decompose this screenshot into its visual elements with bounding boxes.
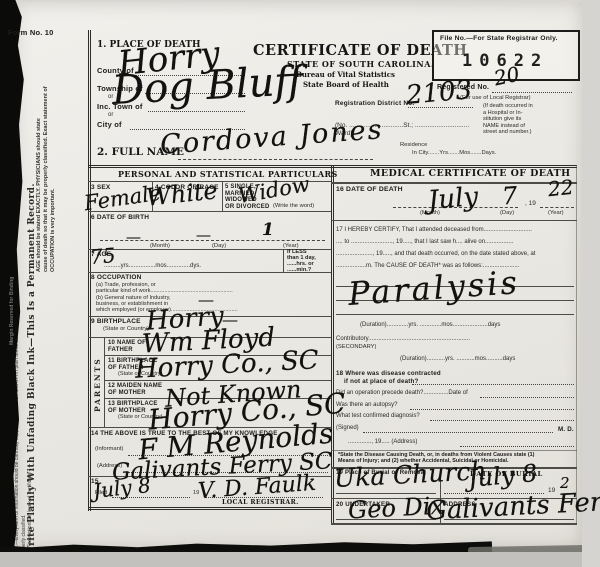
duration-line-2: (Duration)...........yrs. ...........mos… <box>400 356 515 364</box>
signed-blank <box>363 432 553 433</box>
margin-age-note: AGE should be stated EXACTLY. PHYSICIANS… <box>36 80 57 272</box>
form-number: Form No. 10 <box>8 28 54 37</box>
parents-vertical-label: PARENTS <box>93 357 102 412</box>
contributory-label: Contributory............................… <box>336 336 470 344</box>
q18-blank <box>412 384 574 385</box>
hw-age-years: 75 <box>89 245 116 267</box>
secondary-label: (SECONDARY) <box>336 344 376 352</box>
signed-label: (Signed) <box>336 425 359 433</box>
margin-binding-note: Margin Reserved for Binding <box>9 277 15 345</box>
dod-19-label: , 19 <box>525 200 536 208</box>
certify-line-1: 17 I HEREBY CERTIFY, That I attended dec… <box>336 227 532 235</box>
father-name-label: 10 NAME OF FATHER <box>108 340 146 353</box>
hw-burial-place: Uka Church <box>333 458 487 491</box>
residence-line: In City.......Yrs.......Mos.......Days. <box>412 150 496 158</box>
operation-date-blank <box>480 397 574 398</box>
hw-registered-no: 20 <box>492 64 521 89</box>
hw-death-day: 7 <box>501 183 518 208</box>
hw-dob-year: 1 <box>262 222 274 239</box>
city-label: City of <box>97 120 122 129</box>
bureau-subtitle: Bureau of Vital Statistics <box>296 70 395 79</box>
registration-district-label: Registration District No. <box>335 100 414 108</box>
test-blank <box>430 420 574 421</box>
age-less-note: If LESS than 1 day, ......hrs. or ......… <box>287 250 316 274</box>
test-question: What test confirmed diagnosis? <box>336 413 420 421</box>
informant-label: (Informant) <box>95 446 123 454</box>
file-box-label: File No.—For State Registrar Only. <box>440 35 558 43</box>
date-of-birth-label: 6 DATE OF BIRTH <box>91 214 149 222</box>
hospital-note: (If death occurred in a Hospital or In- … <box>483 103 533 136</box>
scan-bottom-margin <box>0 552 600 567</box>
signed-address-blank <box>460 446 574 447</box>
occupation-label: 8 OCCUPATION <box>91 274 142 282</box>
cause-rule-3 <box>336 314 574 315</box>
state-subtitle: STATE OF SOUTH CAROLINA. <box>287 59 434 69</box>
medical-section-title: MEDICAL CERTIFICATE OF DEATH <box>370 168 571 179</box>
board-subtitle: State Board of Health <box>303 80 389 89</box>
age-units-line: ..........yrs................mos........… <box>104 263 201 271</box>
date-of-death-label: 16 DATE OF DEATH <box>336 186 403 194</box>
hw-dob-month-dash: — <box>126 230 141 245</box>
dod-day-label: (Day) <box>500 210 514 218</box>
q18-line-1: 18 Where was disease contracted <box>336 370 441 378</box>
hw-color-race: White <box>145 178 219 209</box>
autopsy-blank <box>410 409 574 410</box>
scan-right-margin <box>582 0 600 567</box>
row-border-7 <box>88 272 331 273</box>
full-name-blank <box>178 159 373 160</box>
marital-write-word-note: (Write the word) <box>273 203 314 211</box>
registered-no-blank <box>492 92 572 93</box>
parents-bracket-line <box>104 337 105 427</box>
dod-year-label: (Year) <box>548 210 564 218</box>
footnote-top-rule <box>331 450 577 451</box>
birthplace-label: 9 BIRTHPLACE <box>91 318 141 326</box>
q18-line-2: if not at place of death? <box>344 378 418 386</box>
hw-death-year: 22 <box>547 177 574 200</box>
hw-dob-day-dash: — <box>196 228 211 243</box>
cell-divider-age-less <box>283 249 284 272</box>
row-border-5 <box>88 211 331 212</box>
scanned-death-certificate: AGE should be stated EXACTLY. PHYSICIANS… <box>0 0 600 567</box>
md-label: M. D. <box>558 426 574 434</box>
mother-maiden-label: 12 MAIDEN NAME OF MOTHER <box>108 383 162 396</box>
hw-registration-district: 2103 <box>405 77 473 109</box>
hw-death-month: July <box>427 184 479 214</box>
form-right-border <box>576 165 577 523</box>
row-border-16 <box>331 220 577 221</box>
residence-label: Residence <box>400 142 427 150</box>
hw-burial-date: July 8 <box>467 461 538 491</box>
duration-line-1: (Duration).............yrs. ............… <box>360 322 500 330</box>
hw-filed-date: July 8 <box>92 475 151 501</box>
certify-line-3: ......................, 19....., and tha… <box>336 251 535 259</box>
certify-line-2: .... to ........................., 19...… <box>336 239 513 247</box>
signed-date-address-line: .............., 19..... (Address) <box>348 439 417 447</box>
dod-year-blank <box>540 207 574 208</box>
hw-township: Dog Bluff <box>111 61 304 111</box>
operation-question: Did an operation precede death?.........… <box>336 390 468 398</box>
form-left-border <box>88 30 91 511</box>
form-bottom-border-left <box>88 507 331 510</box>
cell-divider-color-marital <box>222 182 223 211</box>
